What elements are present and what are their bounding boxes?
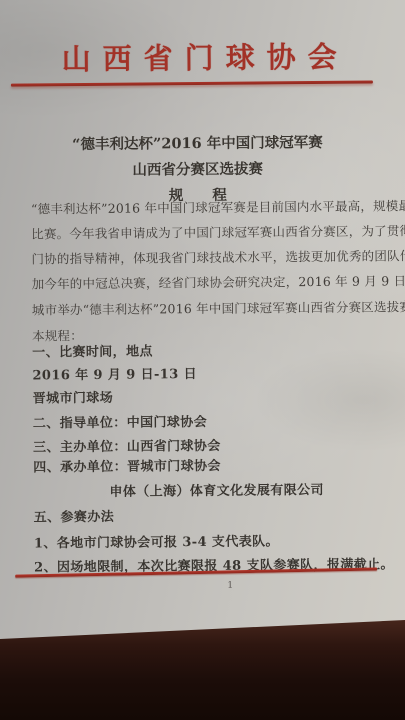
document-photo: 山西省门球协会 “德丰利达杯”2016 年中国门球冠军赛 山西省分赛区选拔赛 规… <box>0 0 405 720</box>
section-2-guiding-unit: 二、指导单位：中国门球协会 <box>33 415 207 433</box>
letterhead-divider <box>11 81 373 87</box>
letterhead-org-name: 山西省门球协会 <box>0 38 403 78</box>
section-5-entry-rules: 五、参赛办法 <box>34 510 115 527</box>
section-1-time-place: 一、比赛时间，地点 <box>32 344 153 361</box>
section-3-host-unit: 三、主办单位：山西省门球协会 <box>33 439 221 457</box>
sheet-content: 山西省门球协会 “德丰利达杯”2016 年中国门球冠军赛 山西省分赛区选拔赛 规… <box>0 0 405 647</box>
paragraph-line-4: 加今年的中冠总决赛，经省门球协会研究决定，2016 年 9 月 9 日——13 … <box>32 272 405 292</box>
paragraph-line-3: 门协的指导精神，体现我省门球技战术水平，选拔更加优秀的团队代表我省参 <box>31 248 405 268</box>
page-number: 1 <box>227 581 233 591</box>
paragraph-line-5: 城市举办“德丰利达杯”2016 年中国门球冠军赛山西省分赛区选拔赛，特制定 <box>32 299 405 319</box>
paragraph-line-6: 本规程： <box>32 328 83 344</box>
paragraph-line-1: “德丰利达杯”2016 年中国门球冠军赛是目前国内水平最高，规模最大的一个 <box>31 198 405 218</box>
entry-rule-1: 1、各地市门球协会可报 3-4 支代表队。 <box>34 534 279 552</box>
doc-title-line-1: “德丰利达杯”2016 年中国门球冠军赛 <box>0 130 397 154</box>
organizer-company: 申体（上海）体育文化发展有限公司 <box>109 483 324 501</box>
paragraph-line-2: 比赛。今年我省申请成为了中国门球冠军赛山西省分赛区，为了贯彻执行中国 <box>31 223 405 243</box>
doc-title-line-2: 山西省分赛区选拔赛 <box>0 156 397 180</box>
event-dates: 2016 年 9 月 9 日-13 日 <box>32 367 197 384</box>
event-venue: 晋城市门球场 <box>33 391 114 408</box>
section-4-organizer-unit: 四、承办单位：晋城市门球协会 <box>33 459 221 477</box>
